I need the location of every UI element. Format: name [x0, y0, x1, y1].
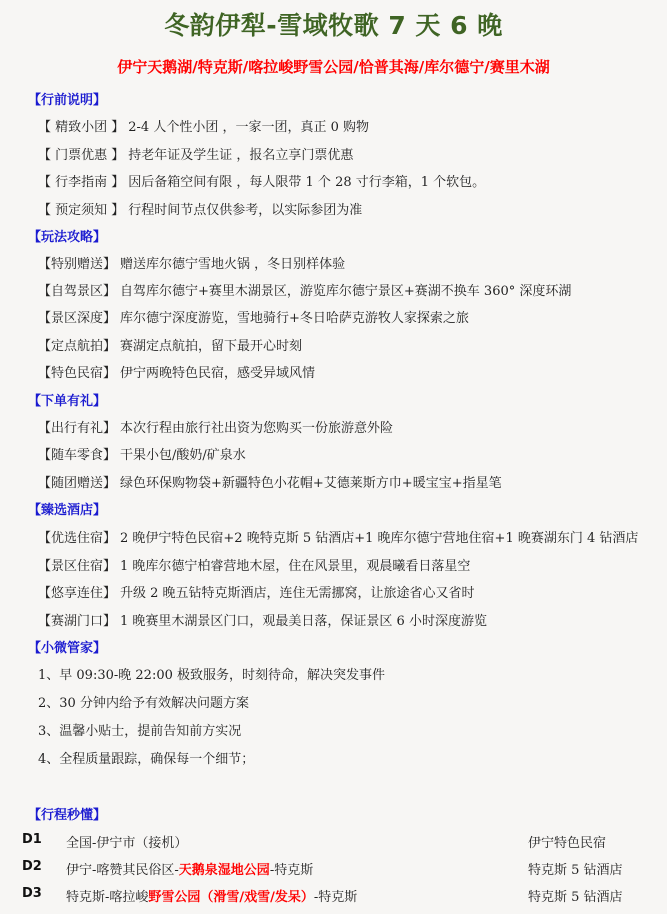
item-text: 2-4 人个性小团 ，一家一团，真正 0 购物: [128, 120, 369, 135]
route-subtitle: 伊宁天鹅湖/特克斯/喀拉峻野雪公园/恰普其海/库尔德宁/赛里木湖: [0, 56, 667, 77]
day-hotel: 伊宁特色民宿: [528, 832, 606, 851]
item-text: 赛湖定点航拍，留下最开心时刻: [120, 339, 302, 354]
list-item: 3、温馨小贴士，提前告知前方实况: [38, 720, 241, 739]
list-item: 【悠享连住】升级 2 晚五钻特克斯酒店，连住无需挪窝，让旅途省心又省时: [38, 582, 475, 601]
section-heading-highlights: 【玩法攻略】: [28, 226, 106, 245]
list-item: 【特色民宿】伊宁两晚特色民宿，感受异域风情: [38, 362, 315, 381]
list-item: 【定点航拍】赛湖定点航拍，留下最开心时刻: [38, 335, 302, 354]
list-item: 【自驾景区】自驾库尔德宁+赛里木湖景区，游览库尔德宁景区+赛湖不换车 360° …: [38, 280, 571, 299]
item-label: 【优选住宿】: [38, 531, 116, 546]
item-text: 因后备箱空间有限 ，每人限带 1 个 28 寸行李箱，1 个软包。: [128, 175, 485, 190]
item-label: 【景区深度】: [38, 311, 116, 326]
item-text: 升级 2 晚五钻特克斯酒店，连住无需挪窝，让旅途省心又省时: [120, 586, 475, 601]
route-text: 伊宁-喀赞其民俗区-: [66, 863, 179, 878]
item-text: 早 09:30-晚 22:00 极致服务，时刻待命，解决突发事件: [59, 668, 385, 683]
item-label: 【出行有礼】: [38, 421, 116, 436]
list-item: 【 门票优惠 】持老年证及学生证 ，报名立享门票优惠: [38, 144, 353, 163]
item-label: 【特别赠送】: [38, 257, 116, 272]
item-text: 2 晚伊宁特色民宿+2 晚特克斯 5 钻酒店+1 晚库尔德宁营地住宿+1 晚赛湖…: [120, 531, 638, 546]
route-text: -特克斯: [270, 863, 313, 878]
item-label: 【赛湖门口】: [38, 614, 116, 629]
item-label: 【悠享连住】: [38, 586, 116, 601]
list-item: 【特别赠送】赠送库尔德宁雪地火锅 ，冬日别样体验: [38, 253, 345, 272]
list-item: 1、早 09:30-晚 22:00 极致服务，时刻待命，解决突发事件: [38, 664, 385, 683]
item-text: 1 晚库尔德宁柏睿营地木屋，住在风景里，观晨曦看日落星空: [120, 559, 470, 574]
list-item: 【 预定须知 】行程时间节点仅供参考，以实际参团为准: [38, 199, 362, 218]
list-item: 【景区住宿】1 晚库尔德宁柏睿营地木屋，住在风景里，观晨曦看日落星空: [38, 555, 470, 574]
item-text: 1 晚赛里木湖景区门口，观最美日落，保证景区 6 小时深度游览: [120, 614, 487, 629]
section-heading-itinerary: 【行程秒懂】: [28, 804, 106, 823]
item-label: 【特色民宿】: [38, 366, 116, 381]
list-item: 【随车零食】干果小包/酸奶/矿泉水: [38, 444, 246, 463]
item-number: 4、: [38, 752, 59, 767]
item-text: 30 分钟内给予有效解决问题方案: [59, 696, 249, 711]
day-route: 特克斯-喀拉峻野雪公园（滑雪/戏雪/发呆）-特克斯: [66, 886, 357, 905]
item-text: 本次行程由旅行社出资为您购买一份旅游意外险: [120, 421, 393, 436]
day-label: D3: [22, 886, 42, 901]
item-text: 赠送库尔德宁雪地火锅 ，冬日别样体验: [120, 257, 345, 272]
route-text: 特克斯-喀拉峻: [66, 890, 148, 905]
page-title: 冬韵伊犁-雪域牧歌 7 天 6 晚: [0, 6, 667, 42]
route-text: -特克斯: [314, 890, 357, 905]
item-text: 行程时间节点仅供参考，以实际参团为准: [128, 203, 362, 218]
day-hotel: 特克斯 5 钻酒店: [528, 859, 623, 878]
list-item: 【随团赠送】绿色环保购物袋+新疆特色小花帽+艾德莱斯方巾+暖宝宝+指星笔: [38, 472, 502, 491]
item-number: 2、: [38, 696, 59, 711]
item-label: 【 门票优惠 】: [38, 148, 124, 163]
item-text: 干果小包/酸奶/矿泉水: [120, 448, 246, 463]
item-label: 【随车零食】: [38, 448, 116, 463]
item-label: 【自驾景区】: [38, 284, 116, 299]
day-label: D1: [22, 832, 42, 847]
section-heading-butler: 【小微管家】: [28, 637, 106, 656]
list-item: 4、全程质量跟踪，确保每一个细节；: [38, 748, 254, 767]
item-label: 【 精致小团 】: [38, 120, 124, 135]
item-text: 自驾库尔德宁+赛里木湖景区，游览库尔德宁景区+赛湖不换车 360° 深度环湖: [120, 284, 571, 299]
day-label: D2: [22, 859, 42, 874]
item-label: 【随团赠送】: [38, 476, 116, 491]
item-label: 【定点航拍】: [38, 339, 116, 354]
item-text: 伊宁两晚特色民宿，感受异域风情: [120, 366, 315, 381]
list-item: 【赛湖门口】1 晚赛里木湖景区门口，观最美日落，保证景区 6 小时深度游览: [38, 610, 487, 629]
list-item: 【出行有礼】本次行程由旅行社出资为您购买一份旅游意外险: [38, 417, 393, 436]
item-number: 3、: [38, 724, 59, 739]
section-heading-pre-trip: 【行前说明】: [28, 89, 106, 108]
item-text: 温馨小贴士，提前告知前方实况: [59, 724, 241, 739]
list-item: 2、30 分钟内给予有效解决问题方案: [38, 692, 249, 711]
list-item: 【 精致小团 】2-4 人个性小团 ，一家一团，真正 0 购物: [38, 116, 369, 135]
list-item: 【优选住宿】2 晚伊宁特色民宿+2 晚特克斯 5 钻酒店+1 晚库尔德宁营地住宿…: [38, 527, 638, 546]
item-number: 1、: [38, 668, 59, 683]
list-item: 【景区深度】库尔德宁深度游览，雪地骑行+冬日哈萨克游牧人家探索之旅: [38, 307, 469, 326]
day-hotel: 特克斯 5 钻酒店: [528, 886, 623, 905]
route-highlight: 野雪公园（滑雪/戏雪/发呆）: [148, 890, 314, 905]
item-label: 【 预定须知 】: [38, 203, 124, 218]
route-text: 全国-伊宁市（接机）: [66, 836, 187, 851]
section-heading-hotels: 【臻选酒店】: [28, 499, 106, 518]
item-text: 库尔德宁深度游览，雪地骑行+冬日哈萨克游牧人家探索之旅: [120, 311, 469, 326]
list-item: 【 行李指南 】因后备箱空间有限 ，每人限带 1 个 28 寸行李箱，1 个软包…: [38, 171, 485, 190]
day-route: 全国-伊宁市（接机）: [66, 832, 187, 851]
day-route: 伊宁-喀赞其民俗区-天鹅泉湿地公园-特克斯: [66, 859, 313, 878]
section-heading-gifts: 【下单有礼】: [28, 390, 106, 409]
item-text: 全程质量跟踪，确保每一个细节；: [59, 752, 254, 767]
route-highlight: 天鹅泉湿地公园: [179, 863, 270, 878]
item-label: 【景区住宿】: [38, 559, 116, 574]
item-label: 【 行李指南 】: [38, 175, 124, 190]
item-text: 绿色环保购物袋+新疆特色小花帽+艾德莱斯方巾+暖宝宝+指星笔: [120, 476, 502, 491]
item-text: 持老年证及学生证 ，报名立享门票优惠: [128, 148, 353, 163]
